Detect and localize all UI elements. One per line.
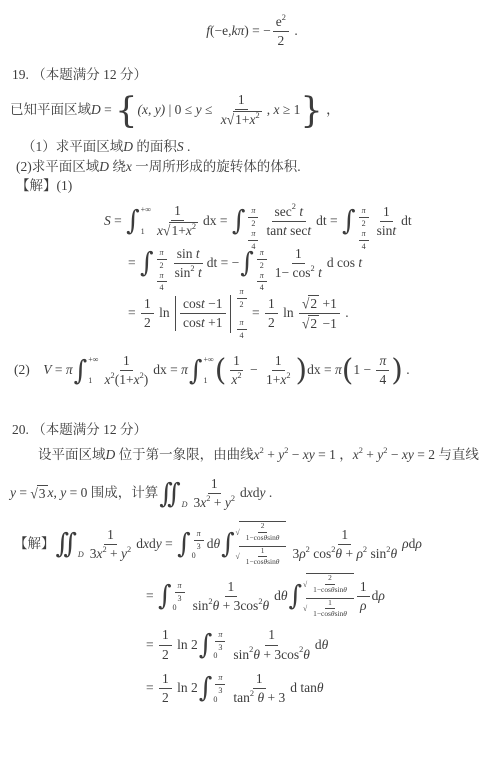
formula-f-value: f(−e,kπ) = −e22 . bbox=[0, 14, 504, 49]
problem-19-region-definition: 已知平面区域D = {(x, y) | 0 ≤ y ≤ 1x√1+x2, x ≥… bbox=[10, 92, 504, 128]
problem-19-header: 19. （本题满分 12 分） bbox=[12, 67, 504, 84]
solutions-page: f(−e,kπ) = −e22 . 19. （本题满分 12 分） 已知平面区域… bbox=[0, 0, 504, 706]
problem-19-part2: (2)求平面区域D 绕x 一周所形成的旋转体的体积. bbox=[16, 159, 504, 176]
solution-20-step2: = ∫π301sin2θ + 3cos2θdθ∫√21−cosθsinθ√11−… bbox=[146, 573, 504, 619]
problem-20-header: 20. （本题满分 12 分） bbox=[12, 422, 504, 439]
solution-20-step3: = 12 ln 2∫π301sin2θ + 3cos2θdθ bbox=[146, 627, 504, 662]
solution-20-step4: = 12 ln 2∫π301tan2 θ + 3d tanθ bbox=[146, 671, 504, 706]
problem-20-statement-line2: y = √3x, y = 0 围成，计算∫∫D13x2 + y2dxdy . bbox=[10, 476, 504, 511]
problem-19-part1: （1）求平面区域D 的面积S . bbox=[22, 139, 504, 156]
problem-20-statement-line1: 设平面区域D 位于第一象限，由曲线x2 + y2 − xy = 1 ，x2 + … bbox=[38, 447, 504, 464]
solution-20-step1: 【解】∫∫D13x2 + y2dxdy = ∫π30dθ∫√21−cosθsin… bbox=[14, 521, 504, 567]
solution-19-label: 【解】(1) bbox=[16, 178, 504, 195]
solution-19-area-step2: = ∫π2π4sin tsin2 tdt = −∫π2π411− cos2 td… bbox=[128, 246, 504, 281]
solution-19-area-step1: S = ∫+∞11x√1+x2dx = ∫π2π4sec2 ttant sect… bbox=[104, 203, 504, 239]
solution-19-volume: (2) V = π∫+∞11x2(1+x2)dx = π∫+∞1(1x2 − 1… bbox=[14, 353, 504, 388]
solution-19-area-step3: = 12 ln cost −1cost +1π2π4 = 12 ln √2 +1… bbox=[128, 287, 504, 341]
